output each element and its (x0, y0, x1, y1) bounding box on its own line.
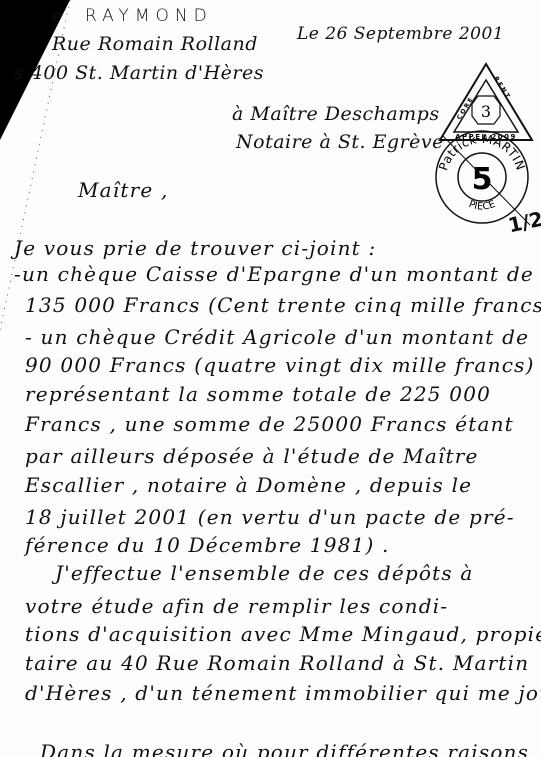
circle-stamp-number: 5 (472, 162, 493, 197)
body-line: représentant la somme totale de 225 000 (25, 382, 491, 406)
body-line: par ailleurs déposée à l'étude de Maître (25, 444, 479, 468)
body-line: 18 juillet 2001 (en vertu d'un pacte de … (25, 505, 515, 529)
body-line: votre étude afin de remplir les condi- (25, 594, 448, 618)
body-line: Escallier , notaire à Domène , depuis le (25, 473, 472, 497)
body-line: tions d'acquisition avec Mme Mingaud, pr… (25, 622, 541, 646)
triangle-stamp-number: 3 (481, 102, 491, 121)
body-line: 90 000 Francs (quatre vingt dix mille fr… (25, 353, 535, 377)
body-line: d'Hères , d'un ténement immobilier qui m… (25, 681, 541, 705)
recipient-line-2: Notaire à St. Egrève (236, 131, 444, 153)
recipient-line-1: à Maître Deschamps (232, 103, 440, 125)
salutation: Maître , (78, 178, 169, 202)
sender-name-prefix: e (52, 7, 63, 27)
sender-city: s 400 St. Martin d'Hères (14, 62, 264, 84)
sender-name: RAYMOND (85, 6, 213, 26)
body-line: Je vous prie de trouver ci-joint : (14, 236, 376, 260)
body-line: 135 000 Francs (Cent trente cinq mille f… (25, 293, 541, 317)
body-line: Dans la mesure où pour différentes raiso… (40, 740, 529, 757)
body-line: J'effectue l'ensemble de ces dépôts à (55, 561, 474, 585)
letter-date: Le 26 Septembre 2001 (297, 24, 504, 44)
body-line: Francs , une somme de 25000 Francs étant (25, 412, 514, 436)
body-line: -un chèque Caisse d'Epargne d'un montant… (14, 262, 534, 286)
sender-street: Rue Romain Rolland (52, 33, 258, 55)
body-line: - un chèque Crédit Agricole d'un montant… (25, 325, 529, 349)
body-line: férence du 10 Décembre 1981) . (25, 533, 390, 557)
body-line: taire au 40 Rue Romain Rolland à St. Mar… (25, 651, 529, 675)
